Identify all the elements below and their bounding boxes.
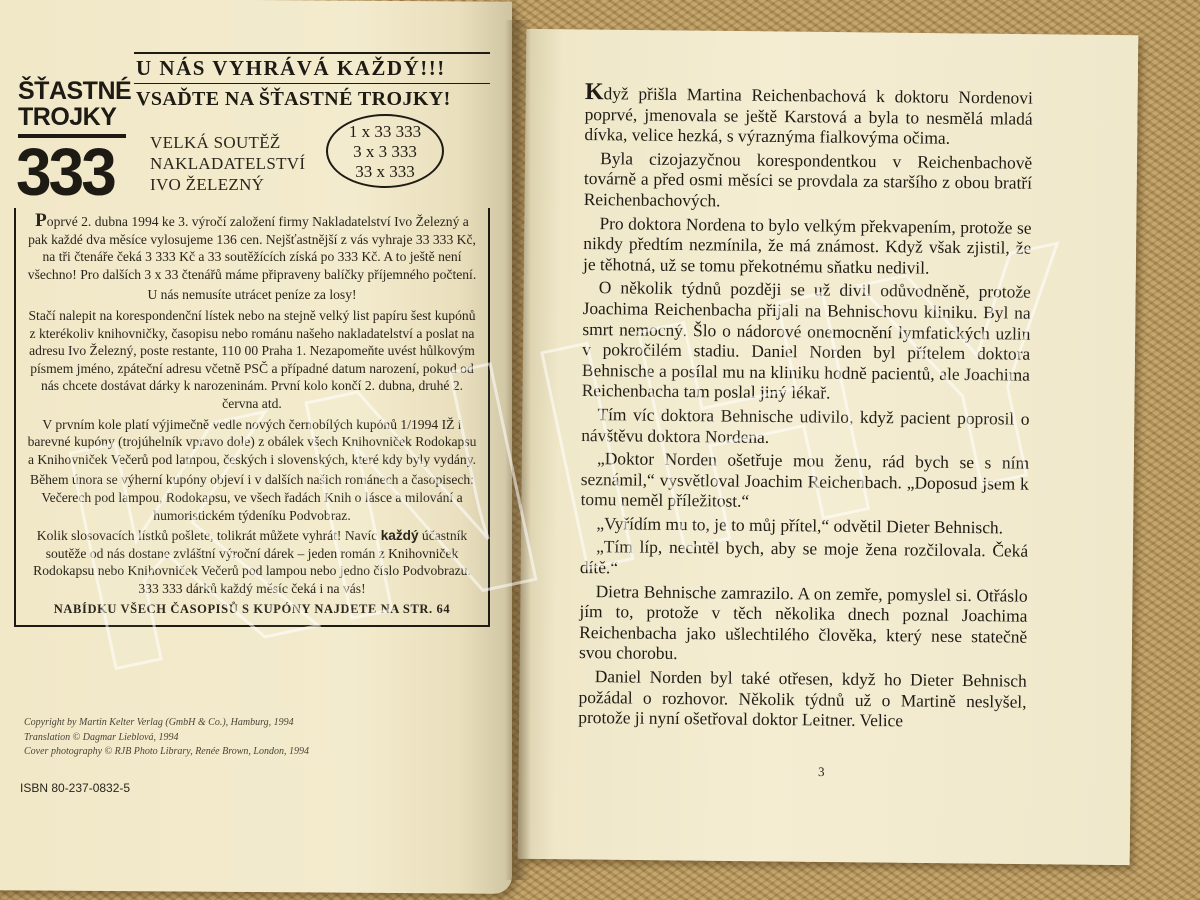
paragraph: „Tím líp, nechtěl bych, aby se moje žena… (580, 536, 1028, 582)
imprint-line: Cover photography © RJB Photo Library, R… (24, 745, 309, 760)
ad-no-lottery: U nás nemusíte utrácet peníze za losy! (24, 286, 480, 304)
ad-february: Během února se výherní kupóny objeví i v… (24, 471, 480, 524)
isbn: ISBN 80-237-0832-5 (20, 781, 130, 795)
page-number: 3 (818, 764, 825, 780)
contest-title: VELKÁ SOUTĚŽ NAKLADATELSTVÍ IVO ŽELEZNÝ (150, 132, 305, 195)
ad-header: ŠŤASTNÉ TROJKY 333 U NÁS VYHRÁVÁ KAŽDÝ!!… (14, 48, 490, 208)
contest-line: NAKLADATELSTVÍ (150, 153, 305, 174)
contest-line: IVO ŽELEZNÝ (150, 174, 305, 195)
slogan-secondary: VSAĎTE NA ŠŤASTNÉ TROJKY! (134, 88, 490, 111)
paragraph: Daniel Norden byl také otřesen, když ho … (578, 666, 1027, 732)
paragraph: Pro doktora Nordena to bylo velkým překv… (583, 213, 1032, 279)
story-text: Když přišla Martina Reichenbachová k dok… (578, 82, 1033, 735)
copyright-imprint: Copyright by Martin Kelter Verlag (GmbH … (24, 716, 309, 760)
slogan-primary: U NÁS VYHRÁVÁ KAŽDÝ!!! (134, 52, 490, 84)
dropcap: P (35, 210, 47, 231)
brand-line-1: ŠŤASTNÉ (18, 78, 131, 104)
prize-tier: 3 x 3 333 (328, 142, 442, 162)
book-gutter (505, 20, 531, 880)
ad-first-round: V prvním kole platí výjimečně vedle nový… (24, 416, 480, 469)
prize-oval: 1 x 33 333 3 x 3 333 33 x 333 (326, 114, 444, 188)
ad-body: Poprvé 2. dubna 1994 ke 3. výročí založe… (14, 208, 490, 627)
ad-brand: ŠŤASTNÉ TROJKY (18, 78, 131, 130)
ad-gift: Kolik slosovacích lístků pošlete, tolikr… (24, 527, 480, 597)
imprint-line: Copyright by Martin Kelter Verlag (GmbH … (24, 716, 309, 731)
contest-line: VELKÁ SOUTĚŽ (150, 132, 305, 153)
paragraph: „Doktor Norden ošetřuje mou ženu, rád by… (581, 448, 1030, 514)
paragraph: Když přišla Martina Reichenbachová k dok… (584, 82, 1033, 149)
contest-advertisement: ŠŤASTNÉ TROJKY 333 U NÁS VYHRÁVÁ KAŽDÝ!!… (14, 48, 490, 627)
ad-intro: Poprvé 2. dubna 1994 ke 3. výročí založe… (24, 212, 480, 283)
brand-line-2: TROJKY (18, 104, 131, 130)
ad-footer: NABÍDKU VŠECH ČASOPISŮ S KUPÓNY NAJDETE … (24, 601, 480, 619)
paragraph: Dietra Behnische zamrazilo. A on zemře, … (579, 581, 1028, 668)
imprint-line: Translation © Dagmar Lieblová, 1994 (24, 731, 309, 746)
ad-instructions: Stačí nalepit na korespondenční lístek n… (24, 307, 480, 413)
brand-number: 333 (16, 138, 114, 205)
paragraph: „Vyřídím mu to, je to můj přítel,“ odvět… (580, 513, 1028, 538)
prize-tier: 33 x 333 (328, 162, 442, 182)
dropcap: K (585, 79, 604, 105)
paragraph: Byla cizojazyčnou korespondentkou v Reic… (584, 148, 1033, 214)
paragraph: Tím víc doktora Behnische udivilo, když … (581, 404, 1029, 450)
paragraph: O několik týdnů později se už divil odův… (582, 277, 1031, 405)
prize-tier: 1 x 33 333 (328, 122, 442, 142)
